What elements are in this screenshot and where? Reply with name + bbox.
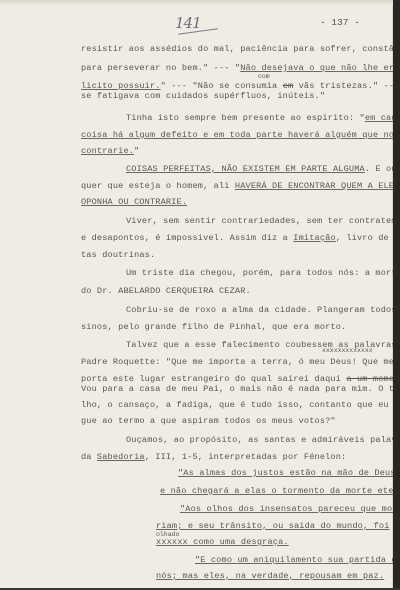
quote-line: xxxxxx como uma desgraça.	[156, 537, 289, 547]
handwritten-correction: xxxxxxxxxxxxx	[322, 347, 373, 354]
text-line: lho, o cansaço, a fadiga, que é tudo iss…	[81, 400, 400, 410]
text-span: da	[81, 452, 97, 462]
text-line: porta este lugar estrangeiro do qual sai…	[81, 374, 400, 384]
text-span: para perseverar no bem." --- "	[81, 63, 240, 73]
text-span: , III, 1-5, interpretadas por Fénelon:	[145, 452, 347, 462]
underlined-quote: Não desejava o que não lhe era	[240, 63, 399, 73]
underlined-title: Imitação	[293, 233, 335, 243]
text-line: coisa há algum defeito e em toda parte h…	[81, 130, 399, 140]
quote-line: nós; mas eles, na verdade, repousam em p…	[156, 571, 384, 581]
underlined-title: Sabedoria	[97, 452, 145, 462]
underlined-quote: coisa há algum defeito e em toda parte h…	[81, 130, 399, 140]
text-span: quer que esteja o homem, ali	[81, 181, 235, 191]
quote-line: "As almas dos justos estão na mão de Deu…	[178, 468, 400, 478]
text-line: COISAS PERFEITAS, NÃO EXISTEM EM PARTE A…	[126, 164, 400, 174]
text-line: resistir aos assédios do mal, paciência …	[81, 44, 400, 54]
text-line: do Dr. ABELARDO CERQUEIRA CEZAR.	[81, 286, 251, 296]
text-line: licito possuir." --- "Não se consumia em…	[81, 81, 400, 91]
text-line: tas doutrinas.	[81, 250, 155, 260]
text-span: porta este lugar estrangeiro do qual sai…	[81, 374, 346, 384]
handwritten-correction: com	[258, 73, 270, 80]
quote-line: riam; e seu trânsito, ou saida do mundo,…	[156, 521, 390, 531]
page-edge	[393, 0, 400, 590]
quote-line: "Aos olhos dos insensatos pareceu que mo…	[180, 504, 400, 514]
text-span: Tinha isto sempre bem presente ao espiri…	[126, 113, 365, 123]
underlined-caps: COISAS PERFEITAS, NÃO EXISTEM EM PARTE A…	[126, 164, 365, 174]
text-line: Vou para a casa de meu Pai, o mais não é…	[81, 384, 400, 394]
document-page: 141 - 137 - resistir aos assédios do mal…	[0, 0, 393, 588]
text-line: para perseverar no bem." --- "Não deseja…	[81, 63, 399, 73]
struck-word: em	[283, 81, 294, 91]
underlined-caps: HAVERÁ DE ENCONTRAR QUEM A ELE SE	[235, 181, 400, 191]
text-span: "	[134, 146, 139, 156]
quote-line: "E como um aniquilamento sua partida de	[195, 555, 400, 565]
text-line: Cobriu-se de roxo a alma da cidade. Plan…	[126, 305, 400, 315]
text-line: OPONHA OU CONTRARIE.	[81, 197, 187, 207]
text-line: Padre Roquette: "Que me importa a terra,…	[81, 357, 400, 367]
underlined-quote: contrarie.	[81, 146, 134, 156]
text-span: e desapontos, é impossivel. Assim diz a	[81, 233, 293, 243]
text-line: da Sabedoria, III, 1-5, interpretadas po…	[81, 452, 346, 462]
underlined-quote: licito possuir.	[81, 81, 161, 91]
text-line: Tinha isto sempre bem presente ao espiri…	[126, 113, 400, 123]
struck-text: a um momento!	[346, 374, 400, 384]
text-line: Ouçamos, ao propósito, as santas e admir…	[126, 435, 400, 445]
text-line: contrarie."	[81, 146, 139, 156]
handwritten-page-number: 141	[175, 14, 201, 32]
text-span: " --- "Não se consumia	[161, 81, 283, 91]
text-line: Viver, sem sentir contrariedades, sem te…	[126, 216, 400, 226]
typed-page-number: - 137 -	[320, 17, 360, 28]
page-top-shadow	[0, 0, 393, 6]
text-span: vãs tristezas." ---"Não	[293, 81, 400, 91]
text-line: quer que esteja o homem, ali HAVERÁ DE E…	[81, 181, 400, 191]
text-line: gue ao termo a que aspiram todos os meus…	[81, 416, 336, 426]
underlined-caps: OPONHA OU CONTRARIE.	[81, 197, 187, 207]
quote-line: e não chegará a elas o tormento da morte…	[160, 486, 400, 496]
text-span: , livro de san-	[336, 233, 400, 243]
text-line: e desapontos, é impossivel. Assim diz a …	[81, 233, 400, 243]
text-line: se fatigava com cuidados supérfluos, inú…	[81, 91, 325, 101]
text-line: sinos, pelo grande filho de Pinhal, que …	[81, 322, 346, 332]
text-line: Um triste dia chegou, porém, para todos …	[126, 268, 400, 278]
